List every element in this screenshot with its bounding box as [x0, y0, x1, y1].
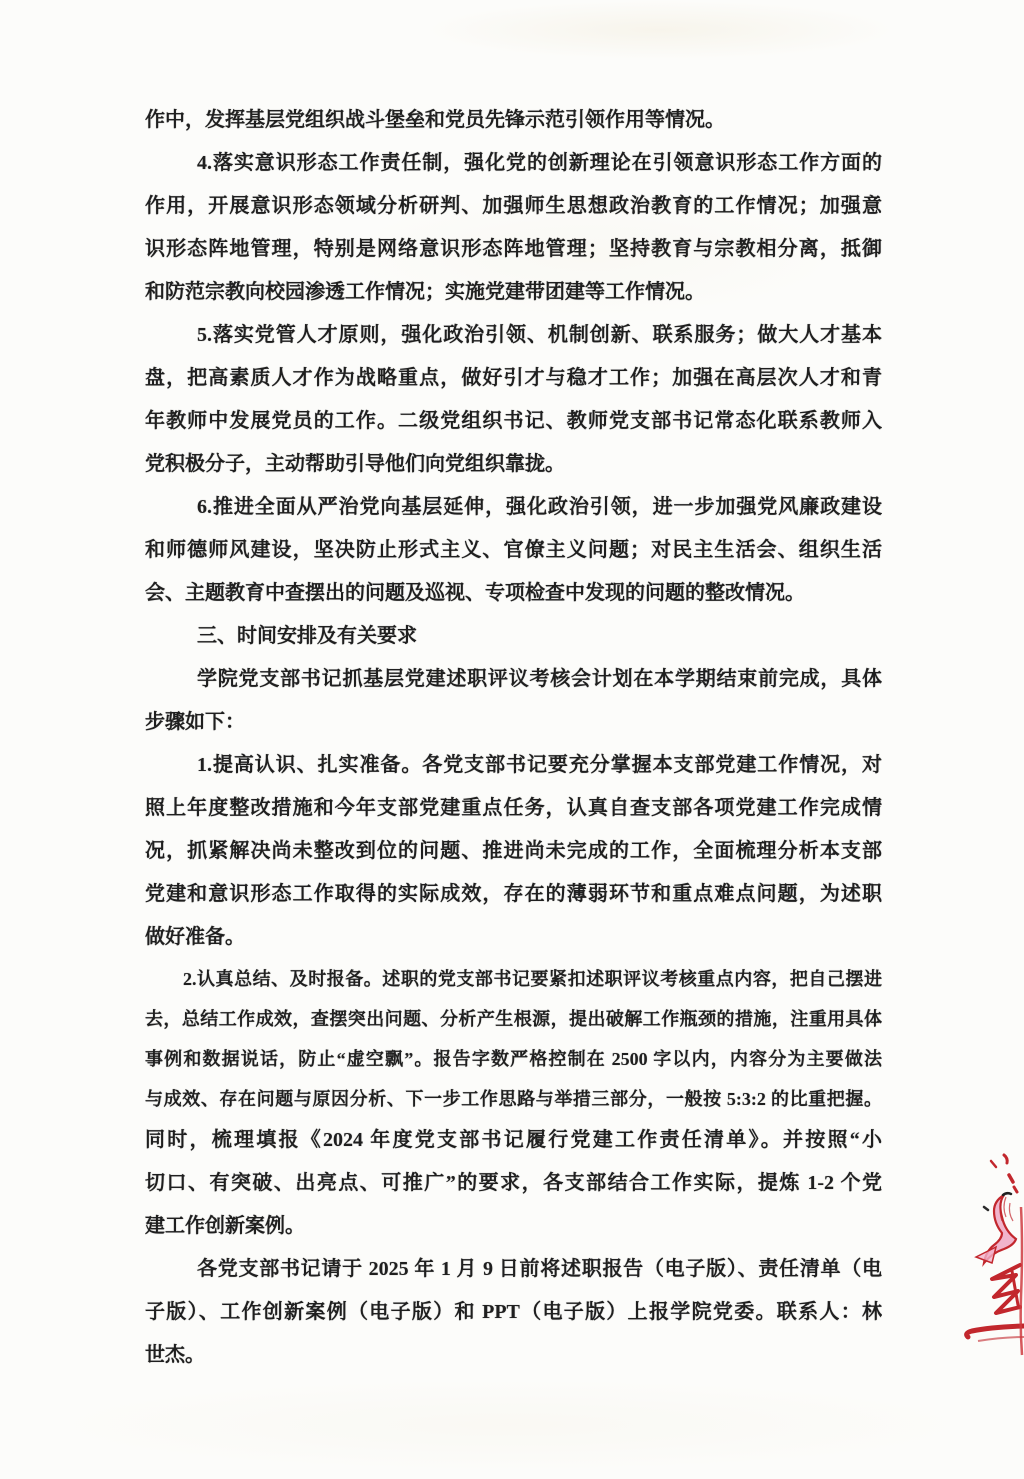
red-ink-annotation — [954, 1145, 1024, 1360]
scan-artifact — [420, 0, 900, 60]
text-line: 去，总结工作成效，查摆突出问题、分析产生根源，提出破解工作瓶颈的措施，注重用具体 — [145, 999, 882, 1039]
text-line: 6.推进全面从严治党向基层延伸，强化政治引领，进一步加强党风廉政建设 — [145, 486, 882, 529]
text-line: 识形态阵地管理，特别是网络意识形态阵地管理；坚持教育与宗教相分离，抵御 — [145, 228, 882, 271]
text-line: 和防范宗教向校园渗透工作情况；实施党建带团建等工作情况。 — [145, 271, 882, 314]
text-line: 党积极分子，主动帮助引导他们向党组织靠拢。 — [145, 443, 882, 486]
text-line: 1.提高认识、扎实准备。各党支部书记要充分掌握本支部党建工作情况，对 — [145, 744, 882, 787]
text-line: 2.认真总结、及时报备。述职的党支部书记要紧扣述职评议考核重点内容，把自己摆进 — [145, 959, 882, 999]
text-line: 和师德师风建设，坚决防止形式主义、官僚主义问题；对民主生活会、组织生活 — [145, 529, 882, 572]
scanned-document-page: 作中，发挥基层党组织战斗堡垒和党员先锋示范引领作用等情况。4.落实意识形态工作责… — [0, 0, 1024, 1479]
text-line: 照上年度整改措施和今年支部党建重点任务，认真自查支部各项党建工作完成情 — [145, 787, 882, 830]
text-line: 会、主题教育中查摆出的问题及巡视、专项检查中发现的问题的整改情况。 — [145, 572, 882, 615]
text-line: 年教师中发展党员的工作。二级党组织书记、教师党支部书记常态化联系教师入 — [145, 400, 882, 443]
text-line: 各党支部书记请于 2025 年 1 月 9 日前将述职报告（电子版）、责任清单（… — [145, 1248, 882, 1291]
text-line: 切口、有突破、出亮点、可推广”的要求，各支部结合工作实际，提炼 1-2 个党 — [145, 1162, 882, 1205]
text-line: 建工作创新案例。 — [145, 1205, 882, 1248]
text-line: 况，抓紧解决尚未整改到位的问题、推进尚未完成的工作，全面梳理分析本支部 — [145, 830, 882, 873]
text-line: 5.落实党管人才原则，强化政治引领、机制创新、联系服务；做大人才基本 — [145, 314, 882, 357]
text-line: 步骤如下： — [145, 701, 882, 744]
scan-artifact — [60, 1380, 960, 1470]
text-line: 作用，开展意识形态领域分析研判、加强师生思想政治教育的工作情况；加强意 — [145, 185, 882, 228]
text-line: 与成效、存在问题与原因分析、下一步工作思路与举措三部分，一般按 5:3:2 的比… — [145, 1079, 882, 1119]
text-block: 作中，发挥基层党组织战斗堡垒和党员先锋示范引领作用等情况。4.落实意识形态工作责… — [145, 99, 882, 1377]
text-line: 党建和意识形态工作取得的实际成效，存在的薄弱环节和重点难点问题，为述职 — [145, 873, 882, 916]
text-line: 作中，发挥基层党组织战斗堡垒和党员先锋示范引领作用等情况。 — [145, 99, 882, 142]
text-line: 做好准备。 — [145, 916, 882, 959]
text-line: 盘，把高素质人才作为战略重点，做好引才与稳才工作；加强在高层次人才和青 — [145, 357, 882, 400]
text-line: 事例和数据说话，防止“虚空飘”。报告字数严格控制在 2500 字以内，内容分为主… — [145, 1039, 882, 1079]
section-heading: 三、时间安排及有关要求 — [145, 615, 882, 658]
text-line: 同时，梳理填报《2024 年度党支部书记履行党建工作责任清单》。并按照“小 — [145, 1119, 882, 1162]
text-line: 4.落实意识形态工作责任制，强化党的创新理论在引领意识形态工作方面的 — [145, 142, 882, 185]
text-line: 学院党支部书记抓基层党建述职评议考核会计划在本学期结束前完成，具体 — [145, 658, 882, 701]
text-line: 世杰。 — [145, 1334, 882, 1377]
text-line: 子版）、工作创新案例（电子版）和 PPT（电子版）上报学院党委。联系人：林 — [145, 1291, 882, 1334]
